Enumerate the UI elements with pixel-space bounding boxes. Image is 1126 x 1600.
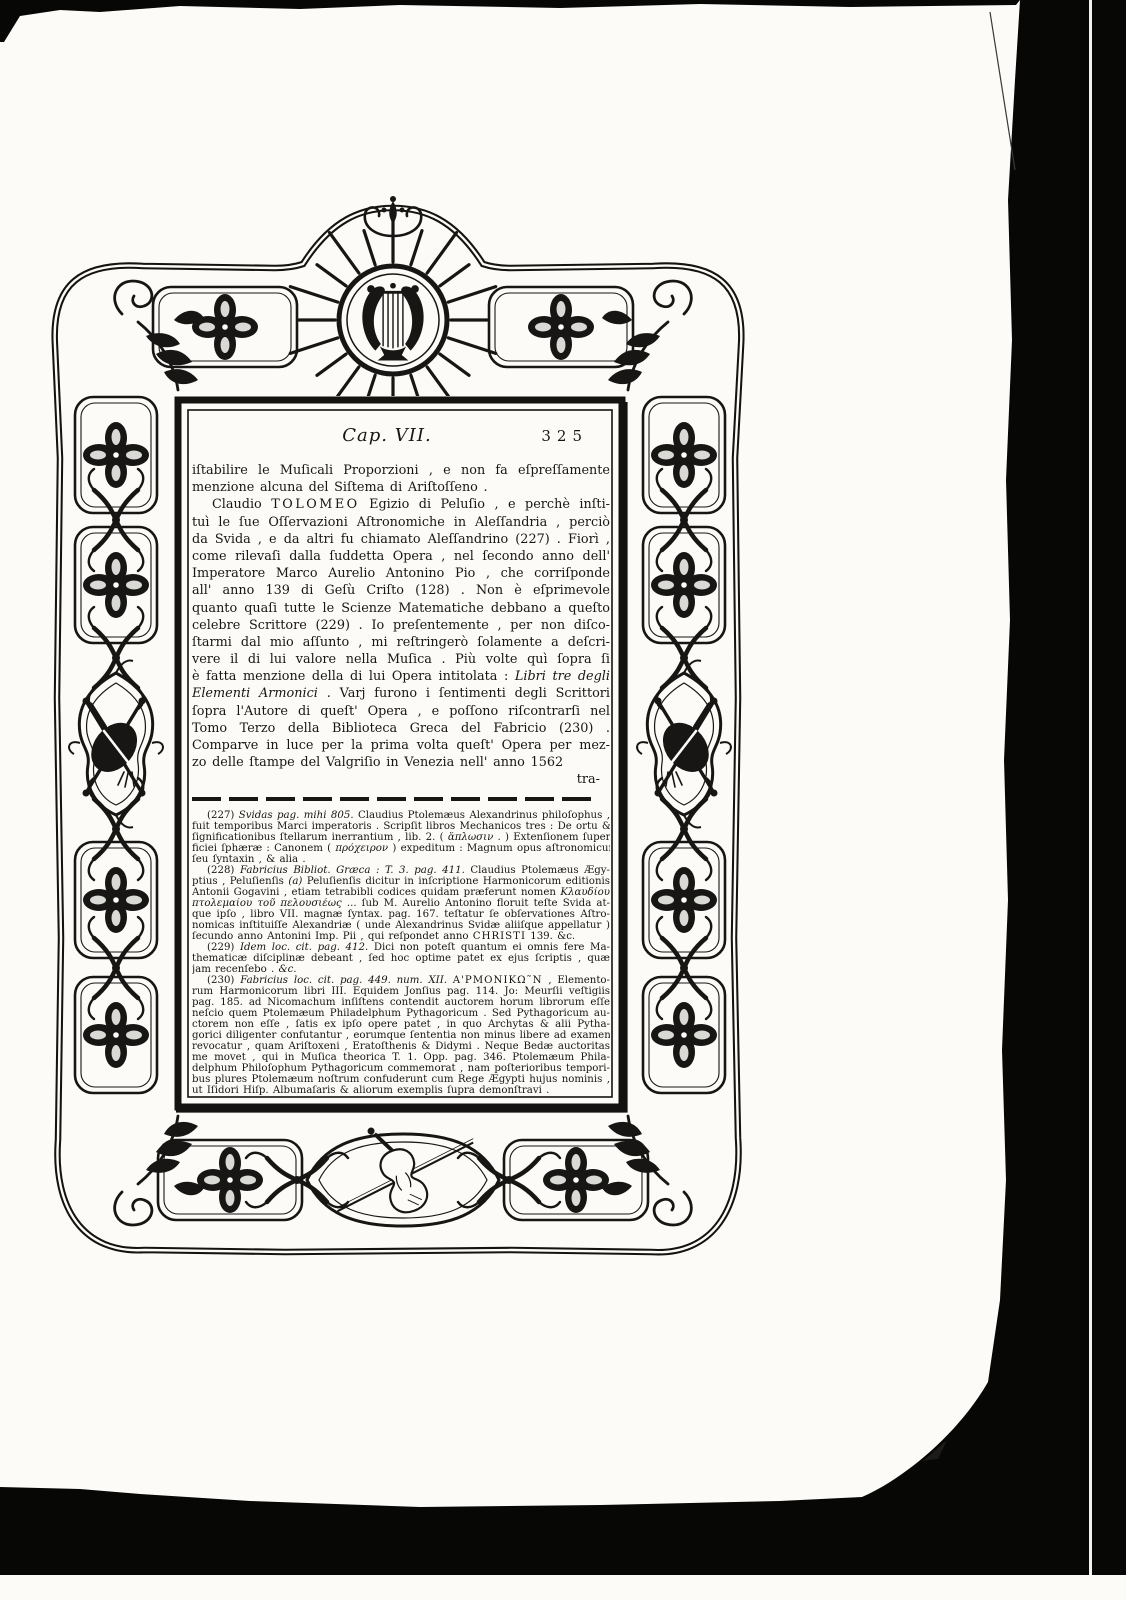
text-line: pag. 185. ad Nicomachum inſiſtens conten… xyxy=(192,997,610,1008)
text-line: vere il di lui valore nella Muſica . Più… xyxy=(192,651,610,668)
book-page-scan: Cap. VII. 325 iſtabilire le Muſicali Pro… xyxy=(0,0,1126,1600)
text-line: πτολεμαίου τοῦ πελουσιέως ... ſub M. Aur… xyxy=(192,898,610,909)
text-line: ſignificationibus ſtellarum inerrantium … xyxy=(192,832,610,843)
page-header: Cap. VII. 325 xyxy=(192,425,610,449)
corner-spray-icon xyxy=(602,281,691,390)
violin-icon xyxy=(337,1117,473,1217)
text-line: revocatur , quam Ariſtoxeni , Eratoſthen… xyxy=(192,1041,610,1052)
rosette-icon xyxy=(651,422,717,488)
text-line: zo delle ſtampe del Valgriſio in Venezia… xyxy=(192,754,610,771)
text-line: Comparve in luce per la prima volta queſ… xyxy=(192,737,610,754)
text-line: all' anno 139 di Geſù Criſto (128) . Non… xyxy=(192,582,610,599)
scan-page-edge-line xyxy=(1089,0,1092,1575)
text-line: è fatta menzione della di lui Opera inti… xyxy=(192,668,610,685)
ribbon-knot-icon xyxy=(657,607,712,709)
text-line: menzione alcuna del Siſtema di Ariſtoſſe… xyxy=(192,479,610,496)
text-line: Claudio TOLOMEO Egizio di Peluſio , e pe… xyxy=(192,496,610,513)
rosette-icon xyxy=(651,1002,717,1068)
text-line: Antonii Gogavini , etiam tetrabibli codi… xyxy=(192,887,610,898)
text-line: nomicas inſtituiſſe Alexandriæ ( unde Al… xyxy=(192,920,610,931)
text-line: quanto quaſi tutte le Scienze Matematich… xyxy=(192,600,610,617)
text-line: gorici diligenter confutantur , eorumque… xyxy=(192,1030,610,1041)
text-line: ſopra l'Autore di queſt' Opera , e poſſo… xyxy=(192,703,610,720)
text-line: neſcio quem Ptolemæum Philadelphum Pytha… xyxy=(192,1008,610,1019)
text-line: thematicæ diſciplinæ debeant , ſed hoc o… xyxy=(192,953,610,964)
text-line: rum Harmonicorum libri III. Equidem Jonſ… xyxy=(192,986,610,997)
footnotes: (227) Svidas pag. mihi 805. Claudius Pto… xyxy=(192,810,610,1096)
catchword: tra- xyxy=(192,771,610,789)
chapter-heading: Cap. VII. xyxy=(178,425,596,446)
text-line: ſecundo anno Antonini Imp. Pii , qui reſ… xyxy=(192,931,610,942)
text-line: jam recenſebo . &c. xyxy=(192,964,610,975)
text-line: Elementi Armonici . Varj furono i ſentim… xyxy=(192,685,610,702)
bottom-band xyxy=(158,1117,648,1226)
rosette-icon xyxy=(83,1002,149,1068)
rosette-icon xyxy=(528,294,594,360)
rosette-icon xyxy=(83,867,149,933)
body-text: iſtabilire le Muſicali Proporzioni , e n… xyxy=(192,462,610,771)
text-line: delphum Philoſophum Pythagoricum commemo… xyxy=(192,1063,610,1074)
text-line: (228) Fabricius Bibliot. Græca : T. 3. p… xyxy=(192,865,610,876)
text-line: iſtabilire le Muſicali Proporzioni , e n… xyxy=(192,462,610,479)
text-line: da Svida , e da altri fu chiamato Aleſſa… xyxy=(192,531,610,548)
rosette-icon xyxy=(543,1147,609,1213)
left-band xyxy=(69,397,163,1093)
ribbon-knot-icon xyxy=(89,607,144,709)
text-line: ſtarmi dal mio aſſunto , mi reſtringerò … xyxy=(192,634,610,651)
scan-scratch-line xyxy=(990,12,1015,170)
text-line: ctorem non eſſe , ſatis ex ipſo opere pa… xyxy=(192,1019,610,1030)
ribbon-knot-icon xyxy=(657,778,712,880)
rosette-icon xyxy=(197,1147,263,1213)
text-line: celebre Scrittore (229) . Io preſentemen… xyxy=(192,617,610,634)
text-line: me movet , qui in Muſica theorica T. 1. … xyxy=(192,1052,610,1063)
rosette-icon xyxy=(192,294,258,360)
text-line: que ipſo , libro VII. magnæ ſyntax. pag.… xyxy=(192,909,610,920)
text-line: (229) Idem loc. cit. pag. 412. Dici non … xyxy=(192,942,610,953)
text-line: ſeu ſyntaxin , & alia . xyxy=(192,854,610,865)
text-line: fuit temporibus Marci imperatoris . Scri… xyxy=(192,821,610,832)
text-line: ptius , Peluſienſis (a) Peluſienſis dici… xyxy=(192,876,610,887)
page-number: 325 xyxy=(541,427,588,445)
text-line: come rilevaſi dalla ſuddetta Opera , nel… xyxy=(192,548,610,565)
text-line: tuì le ſue Oſſervazioni Aſtronomiche in … xyxy=(192,514,610,531)
text-block: Cap. VII. 325 iſtabilire le Muſicali Pro… xyxy=(192,410,610,1096)
top-band xyxy=(153,196,633,428)
scan-top-edge xyxy=(0,0,1020,42)
text-line: bus plures Ptolemæum noſtrum confuderunt… xyxy=(192,1074,610,1085)
rosette-icon xyxy=(651,867,717,933)
crest-finial-icon xyxy=(365,196,421,254)
ribbon-knot-icon xyxy=(89,778,144,880)
text-line: ficiei ſphæræ : Canonem ( πρόχειρον ) ex… xyxy=(192,843,610,854)
rosette-icon xyxy=(83,422,149,488)
footnote-separator xyxy=(192,797,596,801)
text-line: Tomo Terzo della Biblioteca Greca del Fa… xyxy=(192,720,610,737)
text-line: ut Iſidori Hiſp. Albumaſaris & aliorum e… xyxy=(192,1085,610,1096)
text-line: (230) Fabricius loc. cit. pag. 449. num.… xyxy=(192,975,610,986)
text-line: Imperatore Marco Aurelio Antonino Pio , … xyxy=(192,565,610,582)
text-line: (227) Svidas pag. mihi 805. Claudius Pto… xyxy=(192,810,610,821)
right-band xyxy=(637,397,731,1093)
